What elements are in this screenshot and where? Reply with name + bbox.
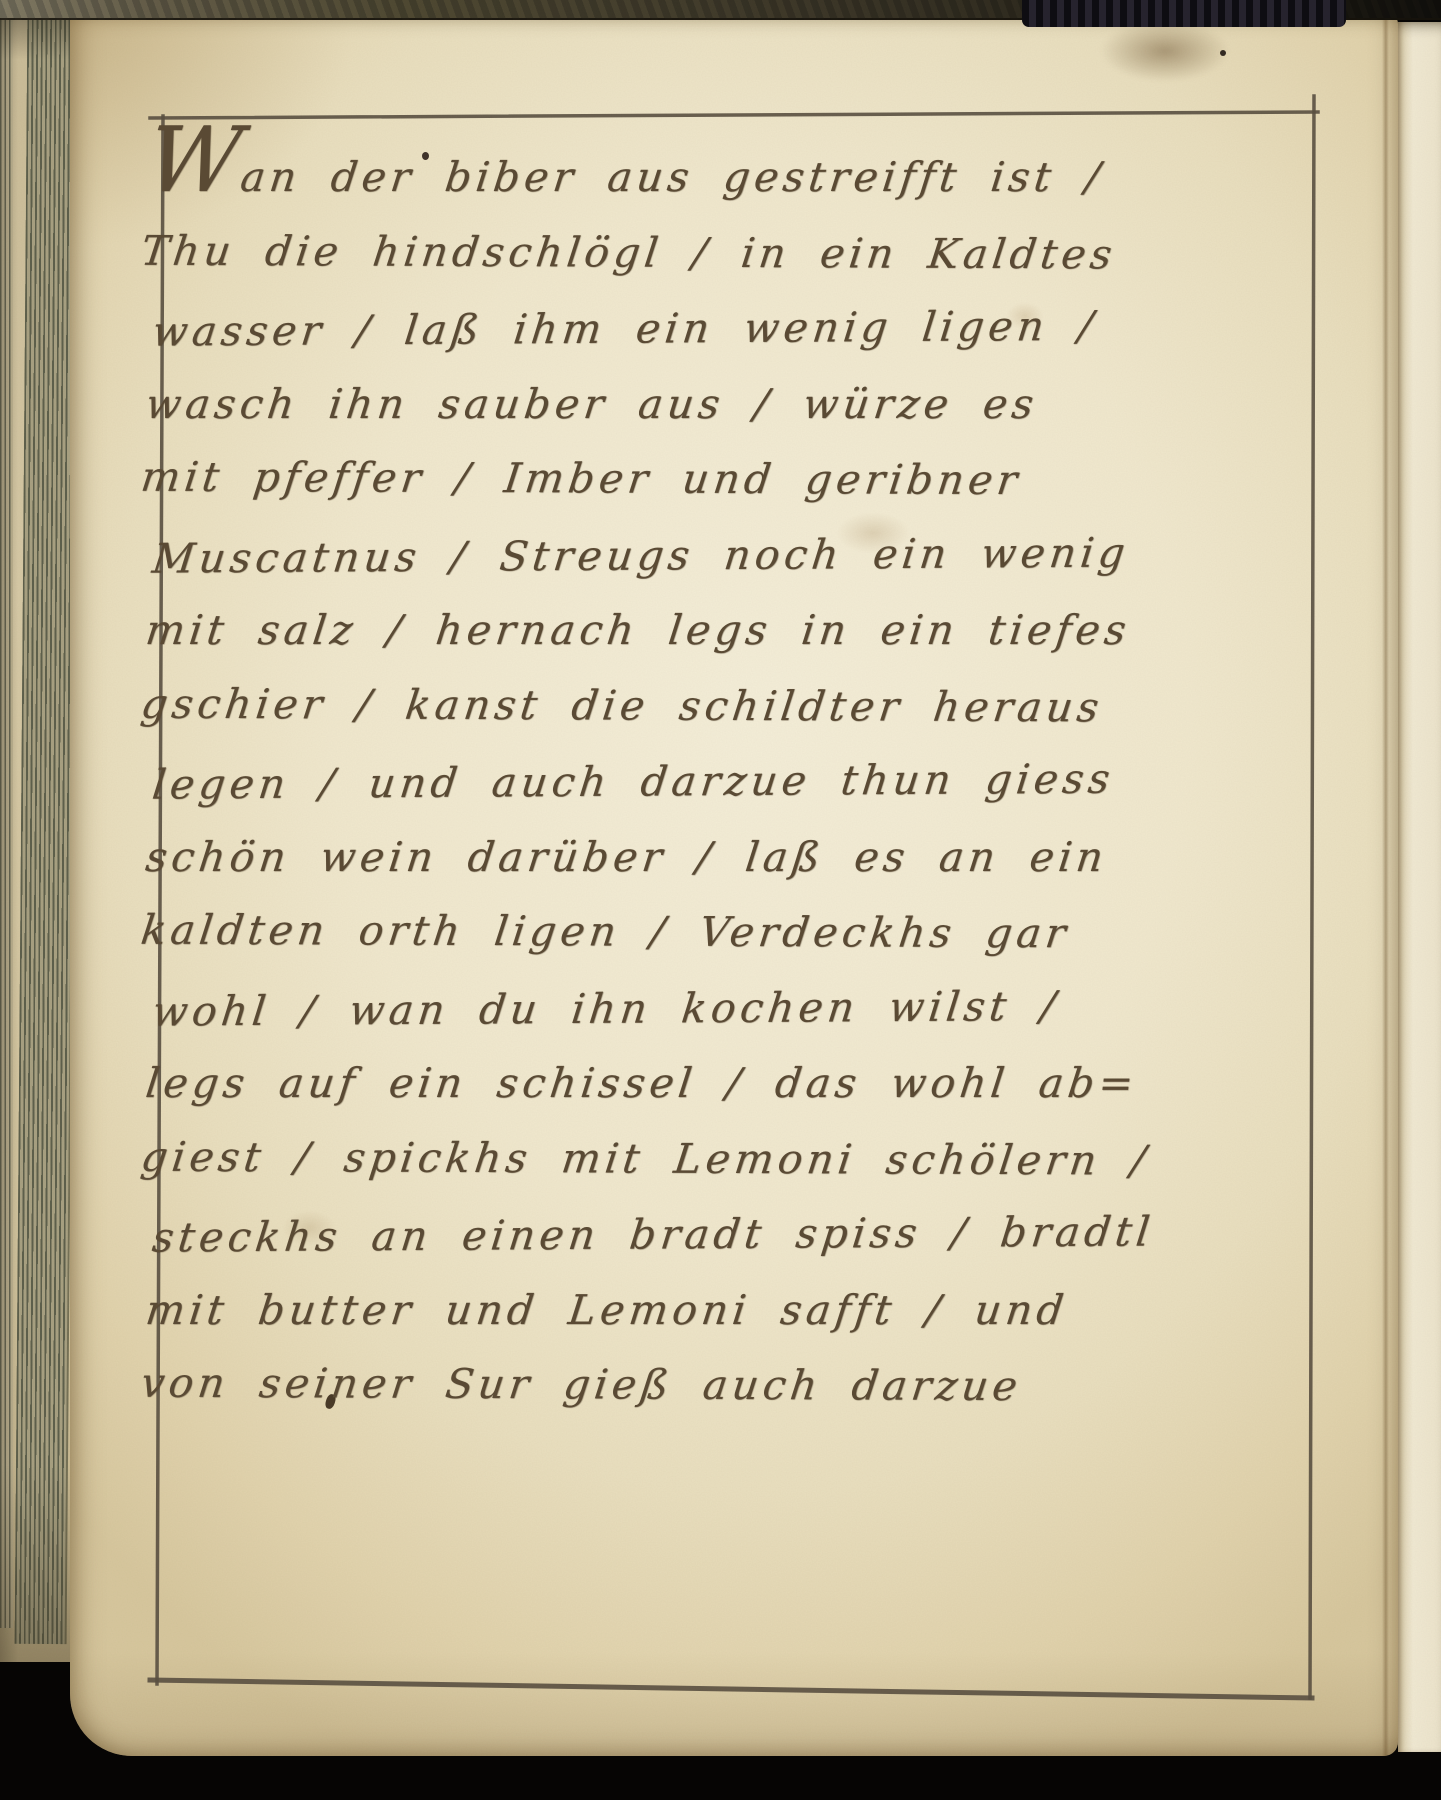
manuscript-page: Wan der biber aus gestreifft ist /Thu di… [70,14,1398,1756]
headband [1022,0,1346,27]
manuscript-line: wohl / wan du ihn kochen wilst / [148,967,1348,1050]
next-page-edge [1398,22,1441,1752]
manuscript-line: mit pfeffer / Imber und geribner [137,440,1336,520]
manuscript-line: Thu die hindschlögl / in ein Kaldtes [137,213,1336,293]
manuscript-text: Wan der biber aus gestreifft ist /Thu di… [146,140,1336,1424]
manuscript-line: Muscatnus / Streugs noch ein wenig [148,514,1348,597]
book-scan: Wan der biber aus gestreifft ist /Thu di… [0,0,1441,1800]
manuscript-line: legen / und auch darzue thun giess [148,740,1348,823]
manuscript-line: kaldten orth ligen / Verdeckhs gar [137,893,1336,973]
manuscript-line: gschier / kanst die schildter heraus [137,666,1336,746]
manuscript-line: wasch ihn sauber aus / würze es [141,367,1340,443]
manuscript-line: von seiner Sur gieß auch darzue [137,1346,1336,1426]
manuscript-line: legs auf ein schissel / das wohl ab= [141,1046,1340,1122]
manuscript-line: mit butter und Lemoni safft / und [141,1273,1340,1349]
manuscript-line: steckhs an einen bradt spiss / bradtl [148,1193,1348,1276]
manuscript-line: schön wein darüber / laß es an ein [141,820,1340,896]
manuscript-line: mit salz / hernach legs in ein tiefes [141,593,1340,669]
manuscript-line: giest / spickhs mit Lemoni schölern / [137,1119,1336,1199]
manuscript-line: wasser / laß ihm ein wenig ligen / [148,287,1348,370]
manuscript-line: Wan der biber aus gestreifft ist / [141,140,1340,216]
